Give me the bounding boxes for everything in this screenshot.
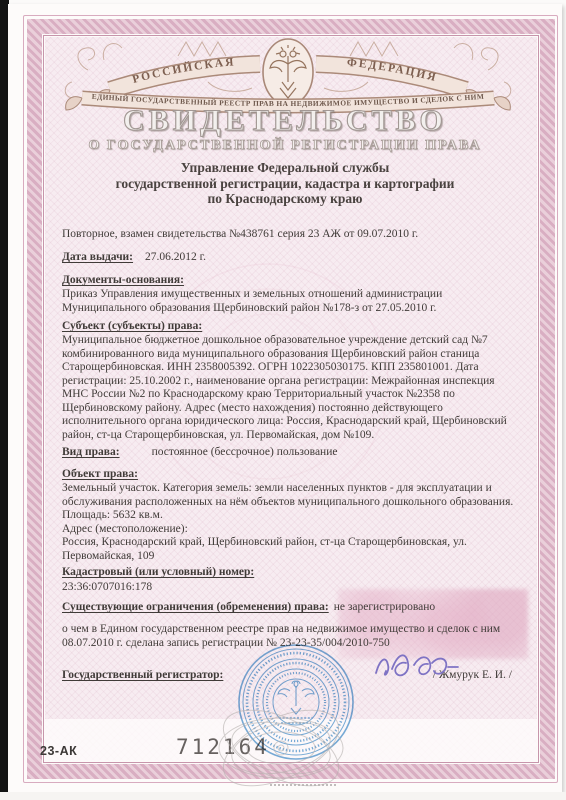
issue-date-label: Дата выдачи: <box>62 251 133 263</box>
issue-date-row: Дата выдачи:27.06.2012 г. <box>62 251 518 265</box>
issue-date-value: 27.06.2012 г. <box>145 251 206 263</box>
certificate-page: РОССИЙСКАЯ ФЕДЕРАЦИЯ ЕДИНЫЙ ГОСУДАРСТВЕН… <box>8 4 562 792</box>
document-title: СВИДЕТЕЛЬСТВО <box>8 104 562 138</box>
cadastral-value: 23:36:0707016:178 <box>62 581 518 595</box>
embossed-seal-icon <box>215 700 347 796</box>
document-subtitle: О ГОСУДАРСТВЕННОЙ РЕГИСТРАЦИИ ПРАВА <box>8 138 562 154</box>
restrictions-label: Существующие ограничения (обременения) п… <box>62 601 329 613</box>
header-ornament: РОССИЙСКАЯ ФЕДЕРАЦИЯ ЕДИНЫЙ ГОСУДАРСТВЕН… <box>58 30 518 114</box>
eagle-emblem-icon <box>263 39 313 105</box>
duplicate-note: Повторное, взамен свидетельства №438761 … <box>62 228 518 242</box>
authority-line-1: Управление Федеральной службы <box>8 160 562 176</box>
series-code: 23-АК <box>40 744 77 758</box>
object-label: Объект права: <box>62 468 518 482</box>
address-text: Россия, Краснодарский край, Щербиновский… <box>62 536 518 563</box>
scan-background: РОССИЙСКАЯ ФЕДЕРАЦИЯ ЕДИНЫЙ ГОСУДАРСТВЕН… <box>0 0 566 800</box>
subject-text: Муниципальное бюджетное дошкольное образ… <box>62 334 518 442</box>
restrictions-value: не зарегистрировано <box>334 601 435 613</box>
basis-text: Приказ Управления имущественных и земель… <box>62 288 518 315</box>
right-type-value: постоянное (бессрочное) пользование <box>152 446 338 458</box>
address-label: Адрес (местоположение): <box>62 523 518 537</box>
subject-label: Субъект (субъекты) права: <box>62 320 518 334</box>
registrar-signature <box>370 645 462 687</box>
restrictions-row: Существующие ограничения (обременения) п… <box>62 601 518 615</box>
basis-label: Документы-основания: <box>62 274 518 288</box>
authority-line-2: государственной регистрации, кадастра и … <box>8 176 562 192</box>
issuing-authority: Управление Федеральной службы государств… <box>8 160 562 207</box>
cadastral-label: Кадастровый (или условный) номер: <box>62 566 518 580</box>
right-type-label: Вид права: <box>62 446 120 458</box>
object-text: Земельный участок. Категория земель: зем… <box>62 482 518 523</box>
right-type-row: Вид права:постоянное (бессрочное) пользо… <box>62 446 518 460</box>
authority-line-3: по Краснодарскому краю <box>8 191 562 207</box>
